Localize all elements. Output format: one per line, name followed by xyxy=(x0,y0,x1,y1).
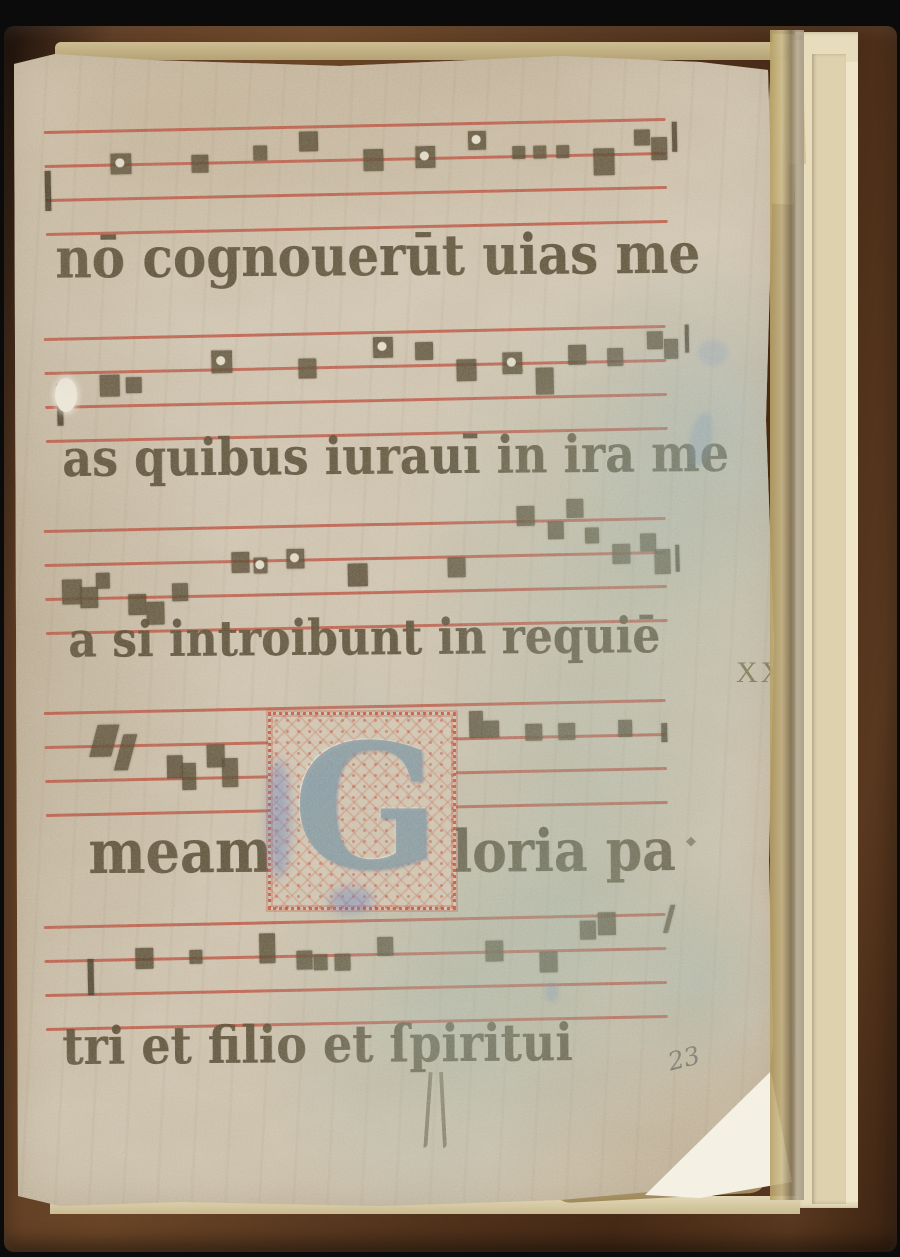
page-fold-strip xyxy=(770,30,804,1200)
divider-bar xyxy=(685,325,690,353)
neume-note xyxy=(651,137,667,160)
neume-note xyxy=(182,763,197,790)
neume-note xyxy=(634,129,650,145)
neume-note xyxy=(211,350,232,373)
chant-text-line-4-left: meam. xyxy=(88,814,291,887)
stave-line xyxy=(44,325,666,341)
neume-note xyxy=(348,563,368,586)
neume-note xyxy=(373,337,393,358)
neume-note xyxy=(618,720,632,737)
manuscript-photo: nō cognouerūt uias me as quibus iurauī i… xyxy=(0,0,900,1257)
neume-note xyxy=(80,587,98,608)
neume-note xyxy=(502,352,522,374)
stave-line xyxy=(45,393,667,409)
parchment-page: nō cognouerūt uias me as quibus iurauī i… xyxy=(12,50,774,1210)
neume-note xyxy=(566,499,583,518)
neume-note xyxy=(593,148,615,175)
blue-ink-smudge xyxy=(698,340,728,366)
neume-note xyxy=(189,950,202,964)
divider-bar xyxy=(87,959,94,995)
neume-note xyxy=(191,155,208,173)
neume-note xyxy=(415,342,433,360)
parchment-top-edge xyxy=(55,42,790,60)
stave-line xyxy=(44,118,666,134)
chant-text-line-5: tri et filio et ſpiritui xyxy=(62,1012,573,1076)
neume-note xyxy=(456,359,476,381)
stave-line xyxy=(44,152,666,168)
neume-note xyxy=(298,358,316,378)
neume-note xyxy=(585,527,599,543)
neume-note xyxy=(135,948,153,969)
paper-page-edge-2 xyxy=(812,54,846,1204)
neume-note xyxy=(539,951,557,972)
neume-note xyxy=(612,544,630,564)
neume-note xyxy=(598,912,616,935)
neume-note xyxy=(253,145,267,160)
neume-note xyxy=(607,348,623,366)
stave-line xyxy=(44,517,666,533)
chant-text-line-1: nō cognouerūt uias me xyxy=(55,220,700,291)
punctuation-diamond: ◆ xyxy=(686,834,696,849)
neume-note xyxy=(558,723,575,740)
neume-note xyxy=(469,711,484,738)
chant-text-line-4-right: loria pa xyxy=(452,816,676,886)
neume-note xyxy=(231,552,249,573)
neume-note xyxy=(533,145,546,158)
neume-note xyxy=(654,549,671,574)
initial-letter-G: G xyxy=(275,711,457,903)
neume-note xyxy=(296,950,312,969)
neume-note xyxy=(535,367,554,394)
neume-note xyxy=(334,954,350,971)
stave-line xyxy=(45,186,667,202)
divider-bar xyxy=(45,171,52,211)
neume-note xyxy=(556,145,569,158)
neume-note xyxy=(126,377,142,393)
neume-note xyxy=(664,339,678,359)
blue-flourish xyxy=(329,887,373,913)
neume-note xyxy=(485,940,503,961)
neume-note xyxy=(96,573,110,589)
neume-note xyxy=(259,933,276,963)
divider-bar xyxy=(675,545,680,572)
repair-patch xyxy=(55,378,77,412)
blue-ink-smudge xyxy=(545,982,559,1002)
neume-note xyxy=(313,954,327,970)
neume-note xyxy=(89,724,119,757)
neume-note xyxy=(512,146,525,159)
neume-note xyxy=(525,724,542,741)
paper-page-edge-3 xyxy=(846,62,858,1202)
neume-note xyxy=(483,720,499,737)
neume-note xyxy=(167,755,183,778)
neume-note xyxy=(363,149,383,171)
stave-line xyxy=(44,913,666,929)
neume-note xyxy=(377,937,393,956)
chant-text-line-3: a si introibunt in requiē xyxy=(68,607,660,669)
neume-note xyxy=(286,549,304,569)
neume-note xyxy=(516,506,534,526)
neume-note xyxy=(110,153,131,174)
neume-note xyxy=(222,758,239,787)
neume-note xyxy=(447,557,465,577)
neume-note xyxy=(468,131,486,150)
blue-flourish xyxy=(267,759,291,879)
divider-bar xyxy=(661,723,667,742)
neume-note xyxy=(100,374,120,396)
illuminated-initial-box: G xyxy=(268,712,456,910)
chant-text-line-2: as quibus iurauī in ira me xyxy=(62,423,729,489)
divider-bar xyxy=(672,122,678,152)
neume-note xyxy=(548,521,564,539)
neume-note xyxy=(172,583,188,601)
stave-line xyxy=(45,981,667,997)
neume-note xyxy=(253,557,267,573)
neume-note xyxy=(114,734,138,771)
neume-note xyxy=(415,146,435,168)
neume-note xyxy=(299,131,318,151)
neume-note xyxy=(647,331,663,349)
neume-note xyxy=(663,905,675,933)
neume-note xyxy=(580,920,596,939)
neume-note xyxy=(568,345,586,365)
